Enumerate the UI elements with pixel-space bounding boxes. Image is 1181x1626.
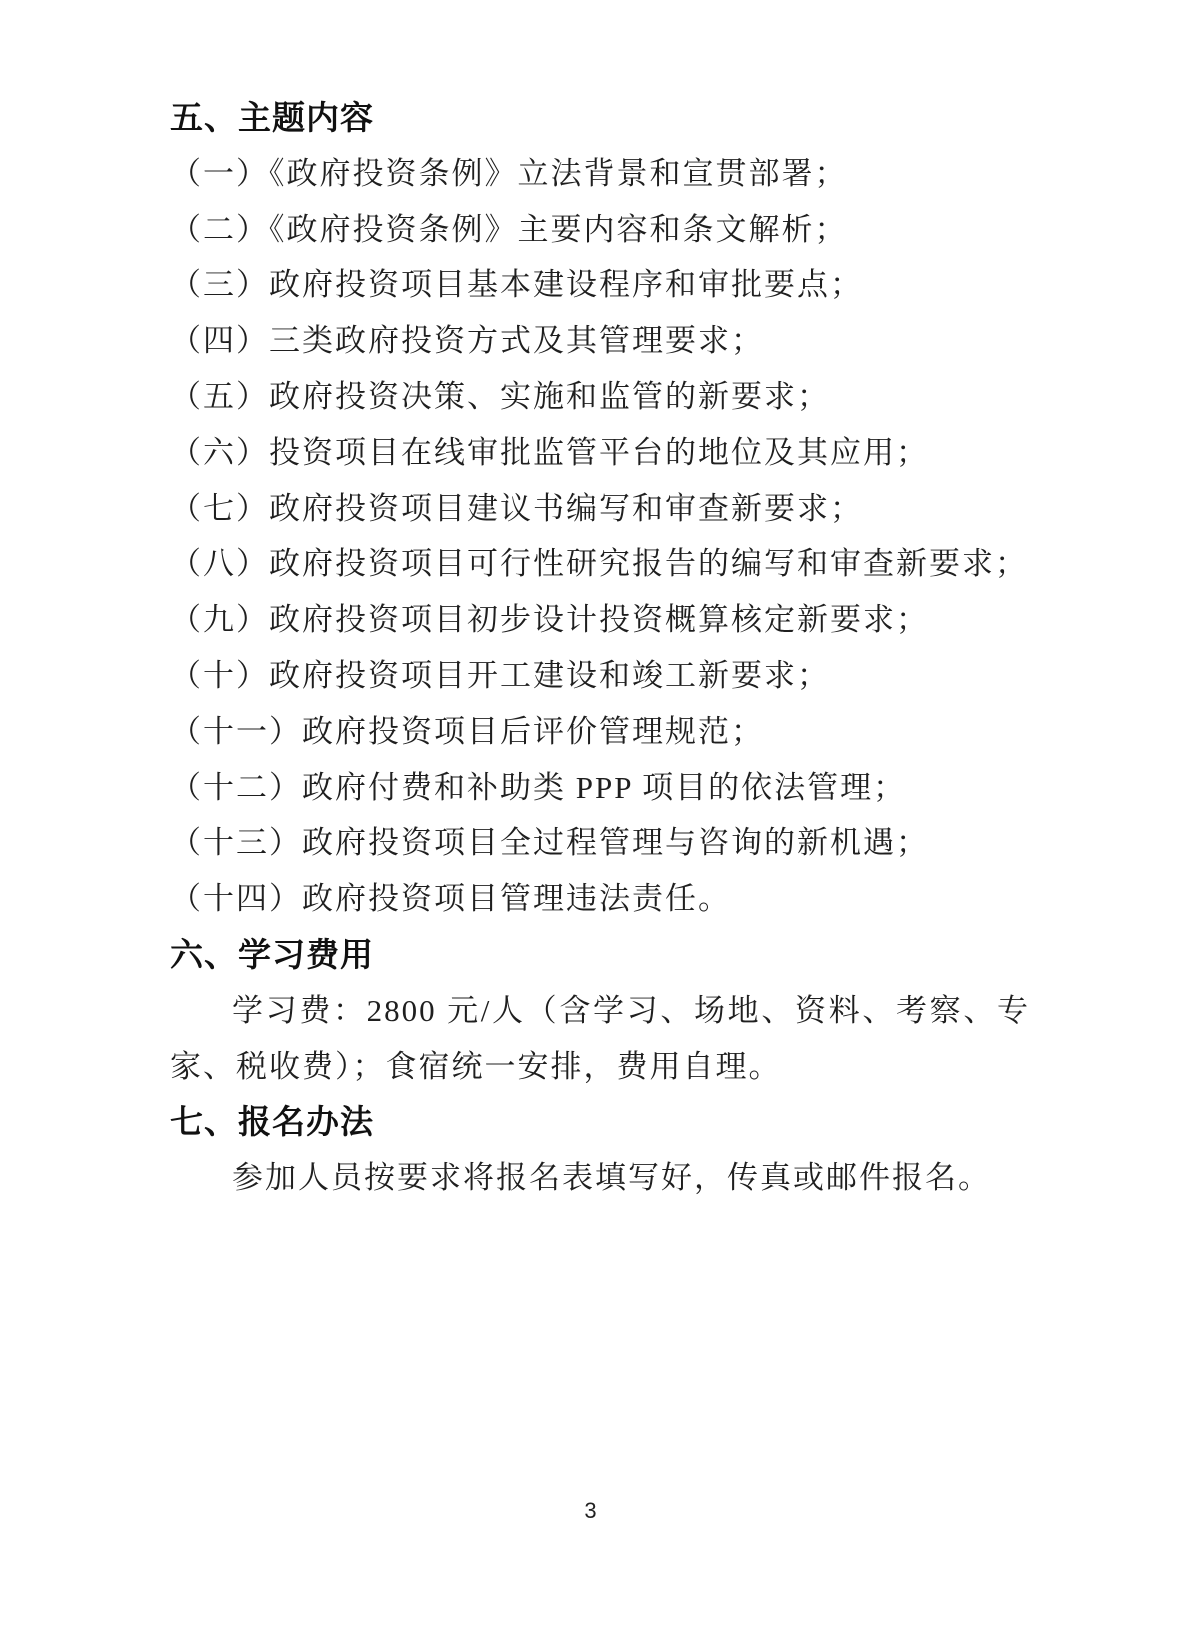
topic-list: （一）《政府投资条例》立法背景和宣贯部署；（二）《政府投资条例》主要内容和条文解…	[170, 146, 1030, 927]
section-heading-topic: 五、主题内容	[170, 90, 1030, 146]
page-number: 3	[0, 1496, 1181, 1526]
list-item: （十一）政府投资项目后评价管理规范；	[170, 704, 1030, 760]
list-item: （十二）政府付费和补助类 PPP 项目的依法管理；	[170, 760, 1030, 816]
section-heading-signup: 七、报名办法	[170, 1094, 1030, 1150]
section-heading-fee: 六、学习费用	[170, 927, 1030, 983]
list-item: （十）政府投资项目开工建设和竣工新要求；	[170, 648, 1030, 704]
list-item: （一）《政府投资条例》立法背景和宣贯部署；	[170, 146, 1030, 202]
list-item: （九）政府投资项目初步设计投资概算核定新要求；	[170, 592, 1030, 648]
list-item: （五）政府投资决策、实施和监管的新要求；	[170, 369, 1030, 425]
list-item: （十四）政府投资项目管理违法责任。	[170, 871, 1030, 927]
document-page: 五、主题内容 （一）《政府投资条例》立法背景和宣贯部署；（二）《政府投资条例》主…	[0, 0, 1181, 1626]
list-item: （八）政府投资项目可行性研究报告的编写和审查新要求；	[170, 536, 1030, 592]
list-item: （三）政府投资项目基本建设程序和审批要点；	[170, 257, 1030, 313]
document-content: 五、主题内容 （一）《政府投资条例》立法背景和宣贯部署；（二）《政府投资条例》主…	[170, 90, 1030, 1206]
list-item: （十三）政府投资项目全过程管理与咨询的新机遇；	[170, 815, 1030, 871]
list-item: （七）政府投资项目建议书编写和审查新要求；	[170, 481, 1030, 537]
list-item: （四）三类政府投资方式及其管理要求；	[170, 313, 1030, 369]
signup-paragraph: 参加人员按要求将报名表填写好，传真或邮件报名。	[170, 1150, 1030, 1206]
list-item: （二）《政府投资条例》主要内容和条文解析；	[170, 202, 1030, 258]
fee-paragraph: 学习费：2800 元/人（含学习、场地、资料、考察、专家、税收费）；食宿统一安排…	[170, 983, 1030, 1095]
list-item: （六）投资项目在线审批监管平台的地位及其应用；	[170, 425, 1030, 481]
